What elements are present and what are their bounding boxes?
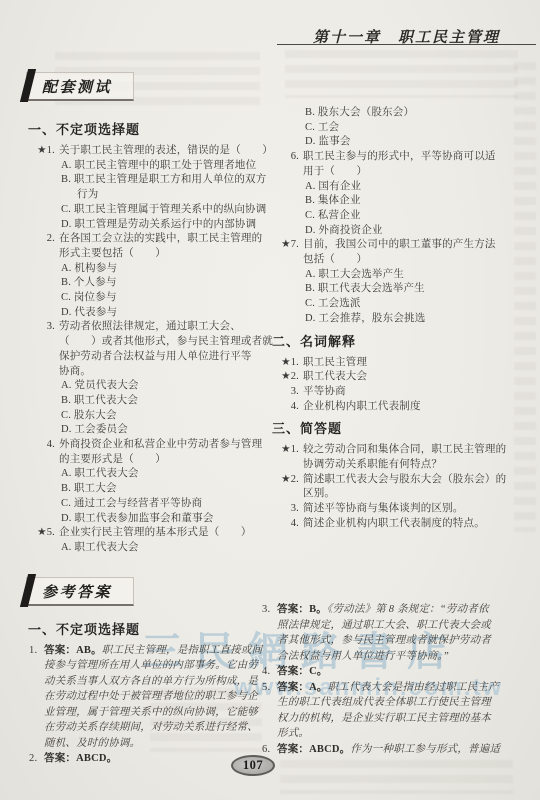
item-number: 3. — [272, 502, 299, 517]
question-continuation-line: （ ）或者其他形式，参与民主管理或者就 — [28, 335, 268, 350]
line-text: B. 职工民主管理是职工方和用人单位的双方 — [61, 174, 266, 185]
item-number: ★1. — [272, 443, 299, 458]
line-text: A. 职工代表大会 — [61, 468, 139, 479]
line-text: 的主要形式是（ ） — [59, 454, 166, 465]
page-number-badge: 107 — [231, 755, 275, 776]
line-text: 照法律规定，通过职工大会、职工代表大会或 — [277, 620, 491, 631]
option-continuation-line: 行为 — [28, 188, 268, 203]
answer-continuation-line: 接参与管理所在用人单位的内部事务。它由劳 — [28, 658, 268, 674]
question-line: ★1.较之劳动合同和集体合同，职工民主管理的 — [272, 443, 520, 458]
answer-continuation-line: 在劳动过程中处于被管理者地位的职工参与企 — [28, 689, 268, 705]
line-text: 外商投资企业和私营企业中劳动者参与管理 — [59, 439, 262, 450]
answer-continuation-line: 生的职工代表组成代表全体职工行使民主管理 — [261, 695, 519, 711]
item-number: 3. — [272, 385, 299, 400]
line-text: C. 职工民主管理属于管理关系中的纵向协调 — [61, 204, 266, 215]
line-text: 三、简答题 — [272, 421, 342, 436]
item-number: 2. — [29, 751, 42, 767]
option-line: B. 个人参与 — [28, 276, 268, 291]
quiz-right-column: B. 股东大会（股东会）C. 工会D. 监事会6.职工民主参与的形式中，平等协商… — [272, 106, 520, 532]
option-line: C. 通过工会与经营者平等协商 — [28, 497, 268, 512]
item-number: 6. — [262, 742, 275, 758]
answer-line: 3.答案：B。《劳动法》第 8 条规定：“劳动者依 — [261, 602, 519, 618]
line-text: 行为 — [77, 189, 98, 200]
question-line: ★1.关于职工民主管理的表述，错误的是（ ） — [28, 144, 268, 159]
item-number: ★5. — [28, 526, 55, 541]
line-text: 较之劳动合同和集体合同，职工民主管理的 — [303, 444, 506, 455]
line-text: 在劳动关系存续期间，对劳动关系进行经常、 — [44, 722, 258, 733]
answer-continuation-line: 合法权益与用人单位进行平等协商。” — [261, 649, 519, 665]
option-line: A. 职工代表大会 — [28, 467, 268, 482]
item-number: 4. — [272, 517, 299, 532]
section-heading: 一、不定项选择题 — [28, 121, 268, 139]
line-text: D. 工会推荐，股东会挑选 — [305, 313, 425, 324]
section-heading: 二、名词解释 — [272, 333, 520, 351]
line-text: 企业实行民主管理的基本形式是（ ） — [59, 527, 252, 538]
answer-label: 答案：ABCD。 — [44, 753, 117, 764]
line-text: 生的职工代表组成代表全体职工行使民主管理 — [277, 697, 491, 708]
line-text: A. 党员代表大会 — [61, 380, 139, 391]
option-line: B. 职工代表大会 — [28, 394, 268, 409]
option-line: A. 职工民主管理中的职工处于管理者地位 — [28, 159, 268, 174]
line-text: C. 岗位参与 — [61, 292, 117, 303]
answer-continuation-line: 动关系当事人双方各自的单方行为所构成，是 — [28, 674, 268, 690]
item-number: 4. — [262, 664, 275, 680]
line-text: 职工民主管理 — [303, 357, 367, 368]
line-text: 权力的机构，是企业实行职工民主管理的基本 — [277, 713, 491, 724]
question-continuation-line: 区别。 — [272, 487, 520, 502]
option-line: A. 职工代表大会 — [28, 541, 268, 556]
item-number: 1. — [29, 643, 42, 659]
question-line: 3.简述平等协商与集体谈判的区别。 — [272, 502, 520, 517]
item-number: ★1. — [28, 144, 55, 159]
line-text: 协调劳动关系职能有何特点？ — [303, 459, 442, 470]
line-text: 接参与管理所在用人单位的内部事务。它由劳 — [44, 660, 258, 671]
question-continuation-line: 协调劳动关系职能有何特点？ — [272, 458, 520, 473]
item-number: 2. — [28, 232, 55, 247]
question-line: 6.职工民主参与的形式中，平等协商可以适 — [272, 150, 520, 165]
answer-continuation-line: 形式。 — [261, 726, 519, 742]
section-heading: 一、不定项选择题 — [28, 622, 268, 638]
line-text: D. 职工代表参加监事会和董事会 — [61, 513, 214, 524]
answer-continuation-line: 权力的机构，是企业实行职工民主管理的基本 — [261, 711, 519, 727]
line-text: 动关系当事人双方各自的单方行为所构成，是 — [44, 676, 258, 687]
option-line: D. 外商投资企业 — [272, 224, 520, 239]
question-continuation-line: 包括（ ） — [272, 253, 520, 268]
book-page: 三民網路書店 www.sanmin.com.tw 第十一章 职工民主管理 配套测… — [0, 0, 540, 800]
answer-line: 6.答案：ABCD。作为一种职工参与形式，普遍适 — [261, 742, 519, 758]
line-text: 简述企业机构内职工代表制度的特点。 — [303, 518, 485, 529]
page-number: 107 — [243, 758, 263, 773]
line-text: 用于（ ） — [303, 166, 367, 177]
line-text: C. 股东大会 — [61, 410, 117, 421]
answers-left-column: 一、不定项选择题1.答案：AB。职工民主管理，是指职工直接或间接参与管理所在用人… — [28, 616, 268, 767]
banner-title: 配套测试 — [42, 76, 112, 97]
answer-line: 5.答案：A。职工代表大会是指由经过职工民主产 — [261, 680, 519, 696]
line-text: 目前，我国公司中的职工董事的产生方法 — [303, 239, 496, 250]
option-line: B. 职工大会 — [28, 482, 268, 497]
line-text: 形式主要包括（ ） — [59, 248, 166, 259]
line-text: B. 职工代表大会 — [61, 395, 138, 406]
header-rule — [277, 44, 536, 45]
answer-label: 答案：ABCD。 — [277, 744, 350, 755]
item-number: 3. — [28, 320, 55, 335]
item-number: ★1. — [272, 356, 299, 371]
line-text: 在劳动过程中处于被管理者地位的职工参与企 — [44, 691, 258, 702]
item-number: ★2. — [272, 473, 299, 488]
option-line: C. 职工民主管理属于管理关系中的纵向协调 — [28, 203, 268, 218]
line-text: 业管理，属于管理关系中的纵向协调，它能够 — [44, 707, 258, 718]
line-text: 简述平等协商与集体谈判的区别。 — [303, 503, 464, 514]
line-text: D. 职工管理是劳动关系运行中的内部协调 — [61, 219, 256, 230]
answer-continuation-line: 照法律规定，通过职工大会、职工代表大会或 — [261, 618, 519, 634]
option-line: B. 股东大会（股东会） — [272, 106, 520, 121]
line-text: 作为一种职工参与形式，普遍适 — [350, 744, 500, 755]
question-line: 3.劳动者依照法律规定，通过职工大会、 — [28, 320, 268, 335]
option-line: C. 私营企业 — [272, 209, 520, 224]
option-line: B. 职工民主管理是职工方和用人单位的双方 — [28, 173, 268, 188]
line-text: 二、名词解释 — [272, 334, 356, 349]
line-text: 一、不定项选择题 — [28, 122, 140, 137]
answer-line: 4.答案：C。 — [261, 664, 519, 680]
line-text: 形式。 — [277, 728, 309, 739]
quiz-left-column: 一、不定项选择题★1.关于职工民主管理的表述，错误的是（ ）A. 职工民主管理中… — [28, 115, 268, 556]
line-text: B. 集体企业 — [305, 195, 361, 206]
answer-continuation-line: 业管理，属于管理关系中的纵向协调，它能够 — [28, 705, 268, 721]
question-line: 3.平等协商 — [272, 385, 520, 400]
line-text: 保护劳动者合法权益与用人单位进行平等 — [59, 351, 252, 362]
line-text: A. 职工代表大会 — [61, 542, 139, 553]
option-line: D. 职工管理是劳动关系运行中的内部协调 — [28, 218, 268, 233]
question-line: 4.企业机构内职工代表制度 — [272, 400, 520, 415]
line-text: 包括（ ） — [303, 254, 367, 265]
line-text: B. 职工大会 — [61, 483, 117, 494]
line-text: B. 股东大会（股东会） — [305, 107, 414, 118]
question-line: 4.简述企业机构内职工代表制度的特点。 — [272, 517, 520, 532]
line-text: D. 外商投资企业 — [305, 225, 383, 236]
option-line: C. 岗位参与 — [28, 291, 268, 306]
answer-label: 答案：B。 — [277, 604, 327, 615]
item-number: 6. — [272, 150, 299, 165]
line-text: 一、不定项选择题 — [28, 622, 140, 637]
item-number: ★2. — [272, 370, 299, 385]
line-text: C. 工会 — [305, 122, 339, 133]
question-continuation-line: 协商。 — [28, 365, 268, 380]
question-line: 4.外商投资企业和私营企业中劳动者参与管理 — [28, 438, 268, 453]
option-line: D. 监事会 — [272, 135, 520, 150]
line-text: 职工代表大会 — [303, 371, 367, 382]
option-line: A. 党员代表大会 — [28, 379, 268, 394]
question-line: ★2.职工代表大会 — [272, 370, 520, 385]
bleedthrough-text — [285, 50, 518, 98]
line-text: 《劳动法》第 8 条规定：“劳动者依 — [327, 604, 489, 615]
item-number: 3. — [262, 602, 275, 618]
answer-label: 答案：A。 — [277, 682, 328, 693]
item-number: 4. — [28, 438, 55, 453]
option-line: D. 代表参与 — [28, 306, 268, 321]
question-continuation-line: 用于（ ） — [272, 165, 520, 180]
line-text: 简述职工代表大会与股东大会（股东会）的 — [303, 474, 506, 485]
line-text: D. 工会委员会 — [61, 424, 128, 435]
question-continuation-line: 保护劳动者合法权益与用人单位进行平等 — [28, 350, 268, 365]
line-text: C. 通过工会与经营者平等协商 — [61, 498, 202, 509]
line-text: A. 职工大会选举产生 — [305, 269, 404, 280]
question-line: ★7.目前，我国公司中的职工董事的产生方法 — [272, 238, 520, 253]
line-text: C. 私营企业 — [305, 210, 361, 221]
line-text: 职工民主管理，是指职工直接或间 — [102, 645, 263, 656]
question-continuation-line: 的主要形式是（ ） — [28, 453, 268, 468]
item-number: 4. — [272, 400, 299, 415]
option-line: A. 国有企业 — [272, 180, 520, 195]
line-text: D. 监事会 — [305, 136, 351, 147]
quiz-section-banner: 配套测试 — [26, 72, 134, 101]
answer-continuation-line: 者其他形式，参与民主管理或者就保护劳动者 — [261, 633, 519, 649]
answer-continuation-line: 随机、及时的协调。 — [28, 736, 268, 752]
line-text: C. 工会选派 — [305, 298, 361, 309]
item-number: 5. — [262, 680, 275, 696]
option-line: D. 工会推荐，股东会挑选 — [272, 312, 520, 327]
answers-right-column: 3.答案：B。《劳动法》第 8 条规定：“劳动者依照法律规定，通过职工大会、职工… — [261, 602, 519, 757]
line-text: 劳动者依照法律规定，通过职工大会、 — [59, 321, 241, 332]
option-line: D. 工会委员会 — [28, 423, 268, 438]
option-line: C. 股东大会 — [28, 409, 268, 424]
option-line: C. 工会选派 — [272, 297, 520, 312]
line-text: 关于职工民主管理的表述，错误的是（ ） — [59, 145, 273, 156]
question-continuation-line: 形式主要包括（ ） — [28, 247, 268, 262]
line-text: 合法权益与用人单位进行平等协商。” — [277, 651, 449, 662]
line-text: （ ）或者其他形式，参与民主管理或者就 — [59, 336, 273, 347]
section-heading: 三、简答题 — [272, 420, 520, 438]
line-text: 者其他形式，参与民主管理或者就保护劳动者 — [277, 635, 491, 646]
option-line: C. 工会 — [272, 121, 520, 136]
line-text: A. 职工民主管理中的职工处于管理者地位 — [61, 160, 256, 171]
banner-slash-icon — [20, 574, 36, 607]
question-line: ★5.企业实行民主管理的基本形式是（ ） — [28, 526, 268, 541]
line-text: A. 国有企业 — [305, 181, 361, 192]
bleedthrough-text — [280, 760, 513, 794]
item-number: ★7. — [272, 238, 299, 253]
answer-line: 1.答案：AB。职工民主管理，是指职工直接或间 — [28, 643, 268, 659]
line-text: 在各国工会立法的实践中，职工民主管理的 — [59, 233, 262, 244]
option-line: B. 集体企业 — [272, 194, 520, 209]
answer-label: 答案：C。 — [277, 666, 328, 677]
option-line: B. 职工代表大会选举产生 — [272, 282, 520, 297]
option-line: A. 机构参与 — [28, 262, 268, 277]
line-text: B. 个人参与 — [61, 277, 117, 288]
question-line: 2.在各国工会立法的实践中，职工民主管理的 — [28, 232, 268, 247]
question-line: ★2.简述职工代表大会与股东大会（股东会）的 — [272, 473, 520, 488]
question-line: ★1.职工民主管理 — [272, 356, 520, 371]
answer-label: 答案：AB。 — [44, 645, 102, 656]
line-text: 职工民主参与的形式中，平等协商可以适 — [303, 151, 496, 162]
answer-continuation-line: 在劳动关系存续期间，对劳动关系进行经常、 — [28, 720, 268, 736]
line-text: 区别。 — [303, 488, 335, 499]
line-text: B. 职工代表大会选举产生 — [305, 283, 425, 294]
line-text: 平等协商 — [303, 386, 346, 397]
option-line: A. 职工大会选举产生 — [272, 268, 520, 283]
option-line: D. 职工代表参加监事会和董事会 — [28, 512, 268, 527]
banner-title: 参考答案 — [42, 581, 112, 602]
line-text: 协商。 — [59, 366, 91, 377]
banner-slash-icon — [20, 69, 36, 102]
line-text: A. 机构参与 — [61, 263, 117, 274]
line-text: 随机、及时的协调。 — [44, 738, 140, 749]
line-text: D. 代表参与 — [61, 307, 117, 318]
line-text: 职工代表大会是指由经过职工民主产 — [328, 682, 499, 693]
answers-section-banner: 参考答案 — [26, 577, 134, 606]
line-text: 企业机构内职工代表制度 — [303, 401, 421, 412]
